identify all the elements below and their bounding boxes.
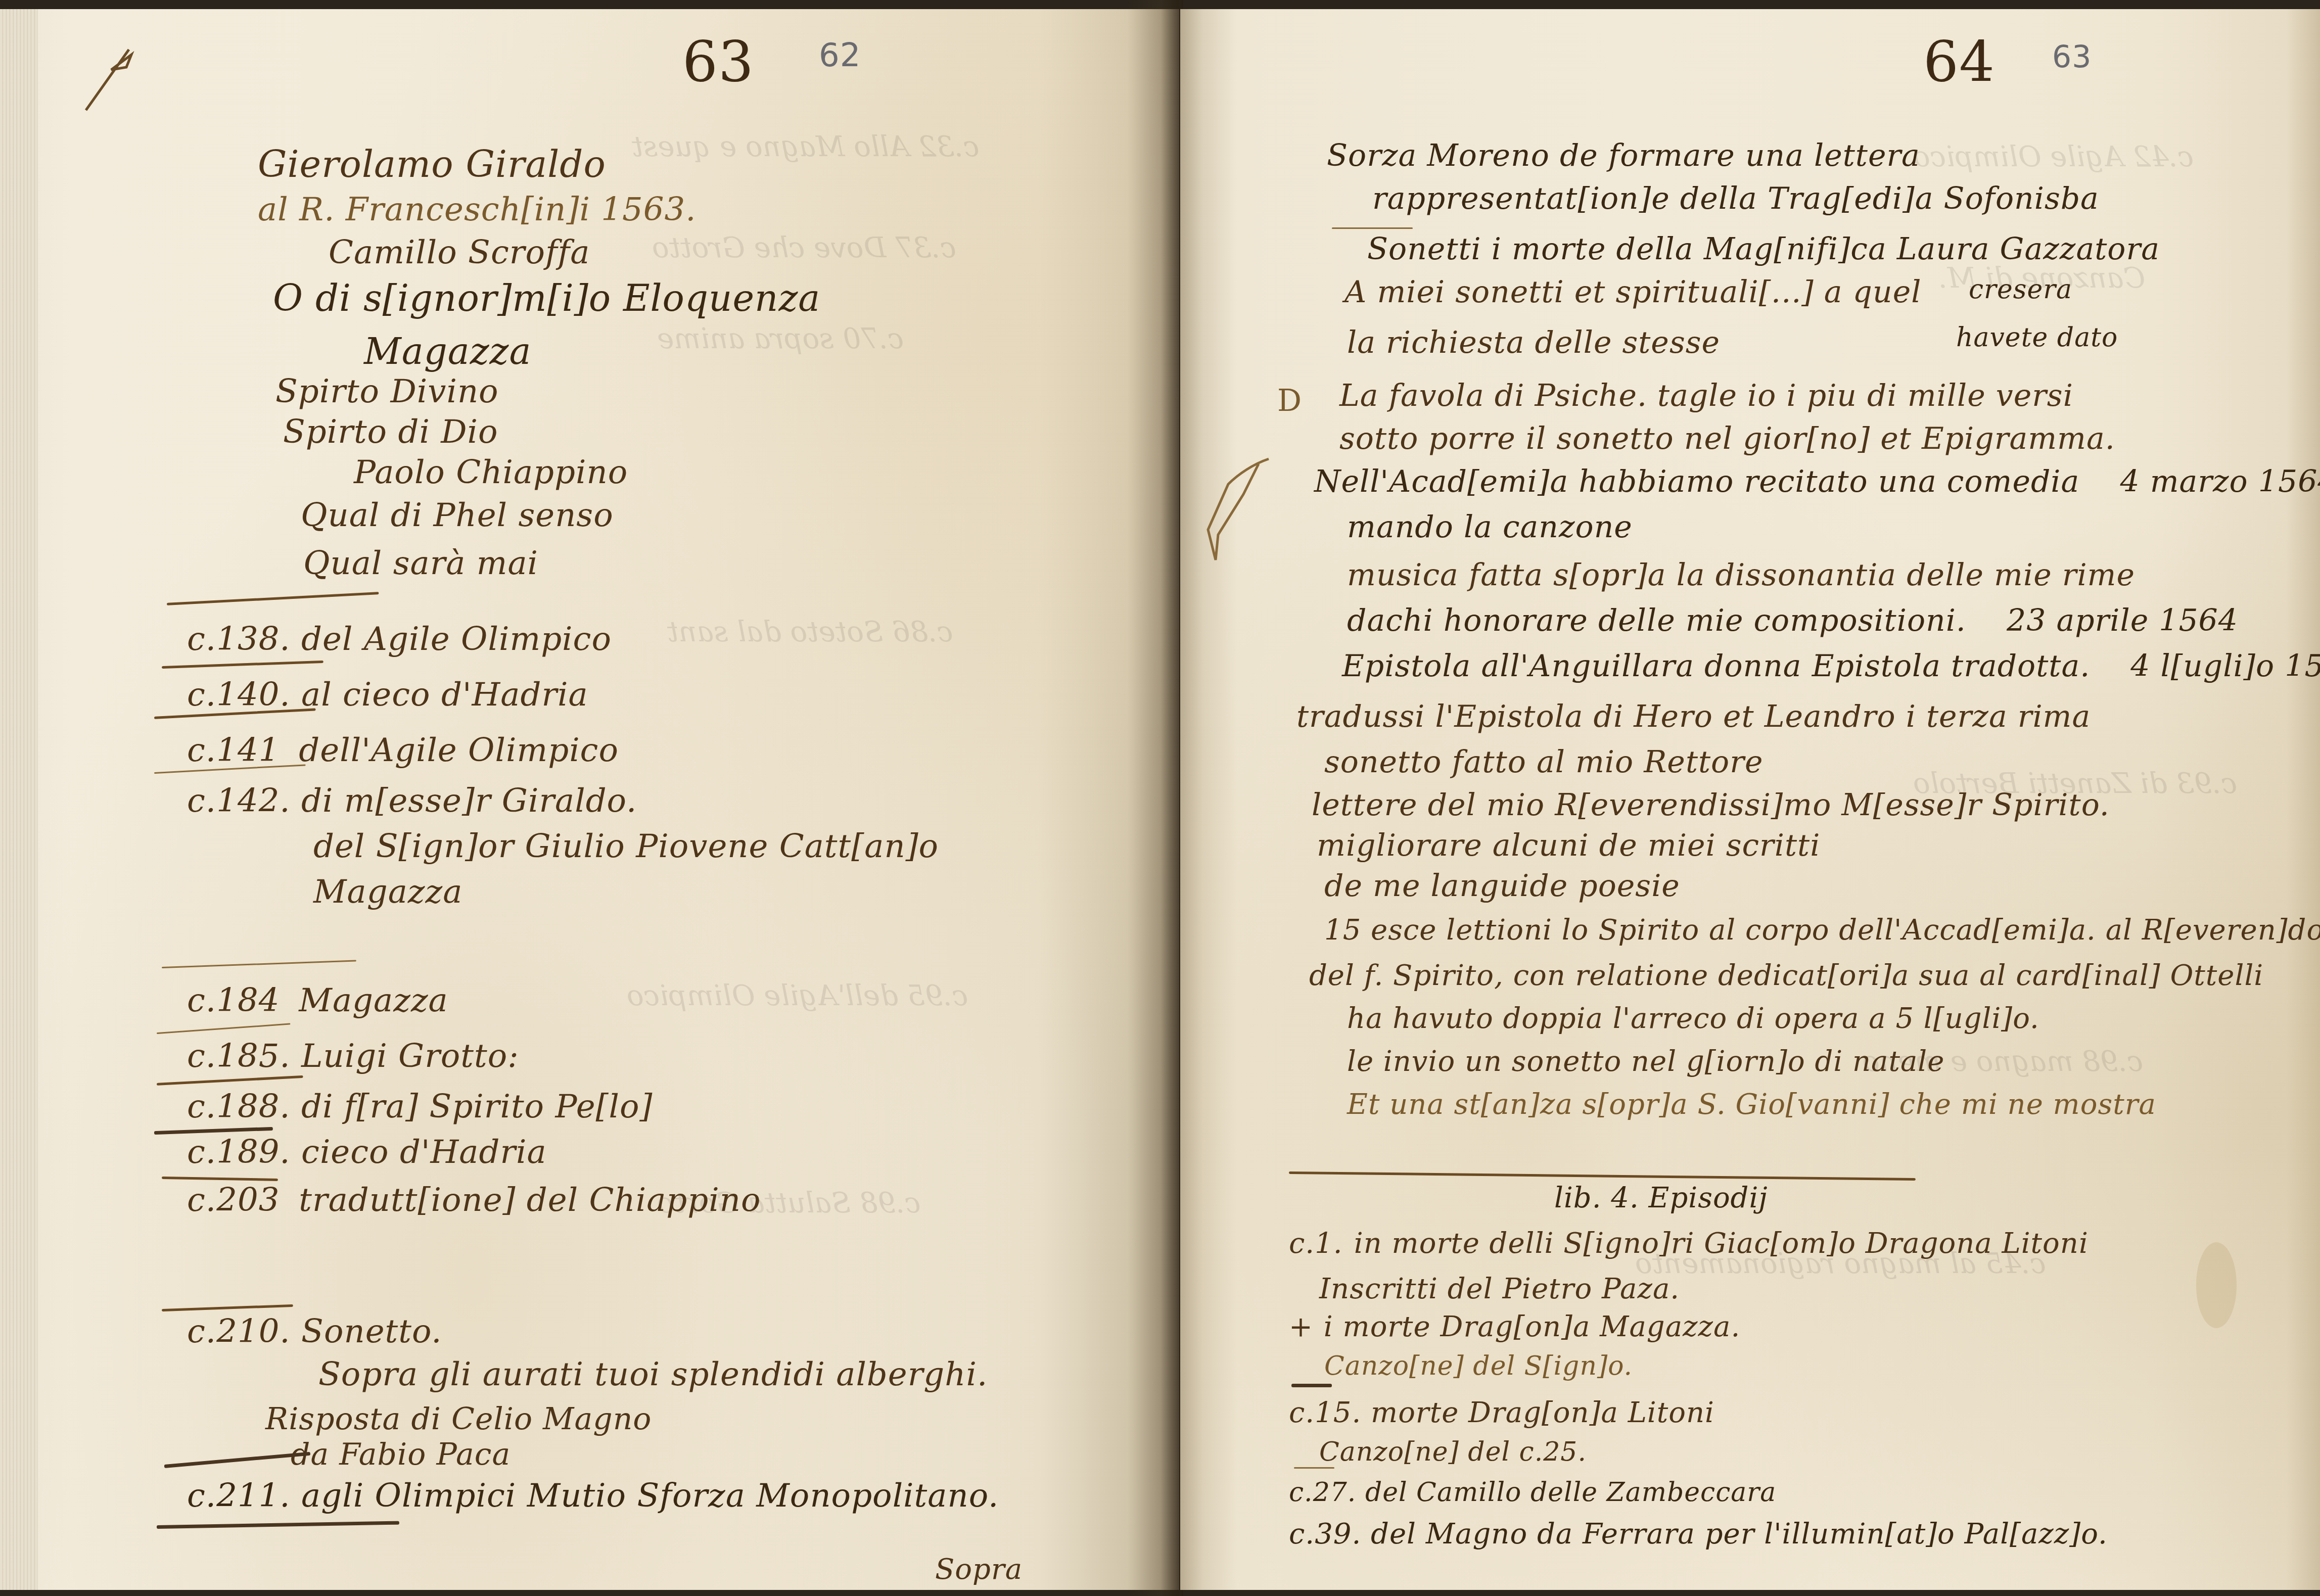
entry-divider <box>162 1304 293 1311</box>
entry-line: Risposta di Celio Magno <box>265 1401 652 1437</box>
section-heading: lib. 4. Episodij <box>1554 1182 1768 1214</box>
entry-line: Et una st[an]za s[opr]a S. Gio[vanni] ch… <box>1347 1088 2156 1121</box>
entry-date: 23 aprile 1564 <box>2007 603 2238 638</box>
entry-line: La favola di Psiche. tagle io i piu di m… <box>1339 378 2073 413</box>
entry-text: Epistola all'Anguillara donna Epistola t… <box>1342 648 2090 684</box>
entry-line: A miei sonetti et spirituali[...] a quel <box>1344 274 1921 310</box>
entry-text: tradutt[ione] del Chiappino <box>299 1182 761 1219</box>
entry-date: 4 l[ugli]o 1564 <box>2130 648 2320 684</box>
numbered-entry: c.203 tradutt[ione] del Chiappino <box>187 1182 761 1219</box>
numbered-entry: + i morte Drag[on]a Magazza. <box>1289 1310 1740 1343</box>
numbered-entry: c.39. del Magno da Ferrara per l'illumin… <box>1289 1518 2108 1551</box>
entry-number: c.15. <box>1289 1396 1361 1429</box>
entry-line: Sonetti i morte della Mag[nifi]ca Laura … <box>1367 231 2160 267</box>
bleed-through-text: c.86 Soteto dal sant <box>667 616 953 648</box>
quill-sketch-icon <box>81 39 142 115</box>
numbered-entry: c.1. in morte delli S[igno]ri Giac[om]o … <box>1289 1227 2089 1260</box>
entry-line: mando la canzone <box>1347 509 1633 545</box>
entry-date: 4 marzo 1564 <box>2120 464 2320 499</box>
bleed-through-text: c.70 sopra anime <box>657 322 904 355</box>
stain <box>2196 1242 2237 1328</box>
numbered-entry: c.27. del Camillo delle Zambeccara <box>1289 1477 1776 1508</box>
entry-number: c.138. <box>187 621 291 658</box>
numbered-entry: c.138. del Agile Olimpico <box>187 621 612 658</box>
dated-entry: Nell'Acad[emi]a habbiamo recitato una co… <box>1314 464 2320 499</box>
dated-entry: Epistola all'Anguillara donna Epistola t… <box>1342 648 2320 684</box>
entry-number: c.140. <box>187 676 291 714</box>
numbered-entry: c.141 dell'Agile Olimpico <box>187 732 619 769</box>
entry-number: c.185. <box>187 1038 291 1075</box>
entry-divider <box>1332 227 1413 229</box>
entry-number: c.1. <box>1289 1227 1344 1260</box>
entry-text: di m[esse]r Giraldo. <box>301 782 637 820</box>
numbered-entry: c.189. cieco d'Hadria <box>187 1134 547 1171</box>
page-stack-edge <box>0 9 38 1590</box>
margin-bracket-sketch-icon <box>1203 454 1279 565</box>
folio-number-pencil: 63 <box>2052 39 2092 75</box>
entry-line: le invio un sonetto nel g[iorn]o di nata… <box>1347 1045 1944 1078</box>
entry-number: c.184 <box>187 982 288 1019</box>
entry-number: c.188. <box>187 1088 291 1125</box>
entry-text: del Agile Olimpico <box>301 621 612 658</box>
entry-line: 15 esce lettioni lo Spirito al corpo del… <box>1324 914 2320 947</box>
dated-entry: dachi honorare delle mie compositioni. 2… <box>1347 603 2238 638</box>
entry-text: Magazza <box>299 982 448 1019</box>
entry-divider <box>157 1075 303 1086</box>
entry-continuation: da Fabio Paca <box>291 1437 511 1472</box>
entry-continuation: Sopra gli aurati tuoi splendidi alberghi… <box>318 1356 988 1393</box>
folio-number-ink: 63 <box>682 29 754 94</box>
margin-note: havete dato <box>1956 322 2118 353</box>
entry-continuation: del S[ign]or Giulio Piovene Catt[an]o <box>313 828 939 865</box>
entry-line: la richiesta delle stesse <box>1347 325 1720 360</box>
entry-line: Qual sarà mai <box>303 545 538 582</box>
entry-text: Nell'Acad[emi]a habbiamo recitato una co… <box>1314 464 2079 499</box>
manuscript-spread: c.32 Allo Magno e quest c.37 Dove che Gr… <box>0 0 2320 1596</box>
entry-line: migliorare alcuni de miei scritti <box>1317 828 1820 863</box>
entry-line: musica fatta s[opr]a la dissonantia dell… <box>1347 557 2135 593</box>
entry-number: c.141 <box>187 732 288 769</box>
entry-line: lettere del mio R[everendissi]mo M[esse]… <box>1312 787 2110 823</box>
bleed-through-text: c.32 Allo Magno e quest <box>632 130 979 163</box>
bleed-through-text: c.95 dell'Agile Olimpico <box>627 979 968 1012</box>
entry-text: agli Olimpici Mutio Sforza Monopolitano. <box>301 1477 999 1515</box>
entry-line: al R. Francesch[in]i 1563. <box>258 191 697 228</box>
folio-number-ink: 64 <box>1923 29 1995 94</box>
entry-line: Canzo[ne] del S[ign]o. <box>1324 1351 1633 1381</box>
numbered-entry: c.210. Sonetto. <box>187 1313 442 1350</box>
entry-divider <box>162 960 356 968</box>
right-page: c.42 Agile Olimpico Canzone di M. c.93 d… <box>1180 9 2320 1590</box>
entry-line: rappresentat[ion]e della Trag[edi]a Sofo… <box>1372 181 2099 216</box>
section-divider <box>1289 1171 1916 1181</box>
entry-text: Luigi Grotto: <box>301 1038 519 1075</box>
entry-line: del f. Spirito, con relatione dedicat[or… <box>1309 959 2263 992</box>
entry-text: dachi honorare delle mie compositioni. <box>1347 603 1966 638</box>
margin-note: cresera <box>1969 274 2072 305</box>
entry-text: dell'Agile Olimpico <box>299 732 619 769</box>
entry-line: Sorza Moreno de formare una lettera <box>1327 138 1920 173</box>
entry-divider <box>162 1177 278 1181</box>
entry-number: c.210. <box>187 1313 291 1350</box>
entry-text: Sonetto. <box>301 1313 442 1350</box>
entry-text: del Camillo delle Zambeccara <box>1365 1477 1776 1508</box>
numbered-entry: c.15. morte Drag[on]a Litoni <box>1289 1396 1714 1429</box>
entry-line: de me languide poesie <box>1324 868 1680 904</box>
entry-text: al cieco d'Hadria <box>301 676 588 714</box>
entry-divider <box>1294 1467 1334 1469</box>
entry-line: sotto porre il sonetto nel gior[no] et E… <box>1339 421 2115 456</box>
entry-line: Gierolamo Giraldo <box>258 143 606 185</box>
entry-line: Canzo[ne] del c.25. <box>1319 1437 1587 1467</box>
entry-line: Camillo Scroffa <box>329 234 590 271</box>
bleed-through-text: c.37 Dove che Grotto <box>652 231 956 264</box>
entry-line: Spirto Divino <box>275 373 499 410</box>
bleed-through-text: c.42 Agile Olimpico <box>1913 140 2194 173</box>
entry-number: c.27. <box>1289 1477 1356 1508</box>
entry-number: c.203 <box>187 1182 288 1219</box>
entry-text: morte Drag[on]a Litoni <box>1371 1396 1714 1429</box>
entry-text: cieco d'Hadria <box>301 1134 547 1171</box>
entry-line: sonetto fatto al mio Rettore <box>1324 744 1763 780</box>
entry-text: di f[ra] Spirito Pe[lo] <box>301 1088 653 1125</box>
entry-line: O di s[ignor]m[i]o Eloquenza <box>273 277 820 319</box>
entry-line: Spirto di Dio <box>283 413 498 451</box>
gutter-shadow <box>1127 0 1183 1596</box>
entry-line: Paolo Chiappino <box>354 454 628 491</box>
entry-divider <box>167 592 379 605</box>
entry-number: c.39. <box>1289 1518 1361 1551</box>
numbered-entry: c.140. al cieco d'Hadria <box>187 676 588 714</box>
entry-line: ha havuto doppia l'arreco di opera a 5 l… <box>1347 1002 2039 1035</box>
margin-letter: D <box>1277 383 1302 418</box>
entry-line: Qual di Phel senso <box>301 497 614 534</box>
folio-number-pencil: 62 <box>819 37 861 74</box>
entry-number: c.189. <box>187 1134 291 1171</box>
entry-line: tradussi l'Epistola di Hero et Leandro i… <box>1296 699 2091 734</box>
entry-text: del Magno da Ferrara per l'illumin[at]o … <box>1371 1518 2108 1551</box>
entry-divider <box>157 1521 399 1529</box>
entry-line: Inscritti del Pietro Paza. <box>1319 1273 1680 1305</box>
left-page: c.32 Allo Magno e quest c.37 Dove che Gr… <box>0 9 1180 1590</box>
numbered-entry: c.184 Magazza <box>187 982 448 1019</box>
entry-number: c.142. <box>187 782 291 820</box>
entry-line: Magazza <box>364 330 531 372</box>
entry-divider <box>1291 1384 1332 1387</box>
entry-divider <box>157 1023 291 1034</box>
entry-number: c.211. <box>187 1477 291 1515</box>
entry-number: + <box>1289 1310 1314 1343</box>
numbered-entry: c.211. agli Olimpici Mutio Sforza Monopo… <box>187 1477 999 1515</box>
entry-continuation: Magazza <box>313 873 462 911</box>
entry-text: i morte Drag[on]a Magazza. <box>1324 1310 1740 1343</box>
entry-divider <box>162 661 323 669</box>
numbered-entry: c.185. Luigi Grotto: <box>187 1038 519 1075</box>
catchword: Sopra <box>935 1553 1023 1586</box>
entry-text: in morte delli S[igno]ri Giac[om]o Drago… <box>1354 1227 2089 1260</box>
entry-divider <box>164 1452 311 1468</box>
numbered-entry: c.142. di m[esse]r Giraldo. <box>187 782 637 820</box>
numbered-entry: c.188. di f[ra] Spirito Pe[lo] <box>187 1088 653 1125</box>
